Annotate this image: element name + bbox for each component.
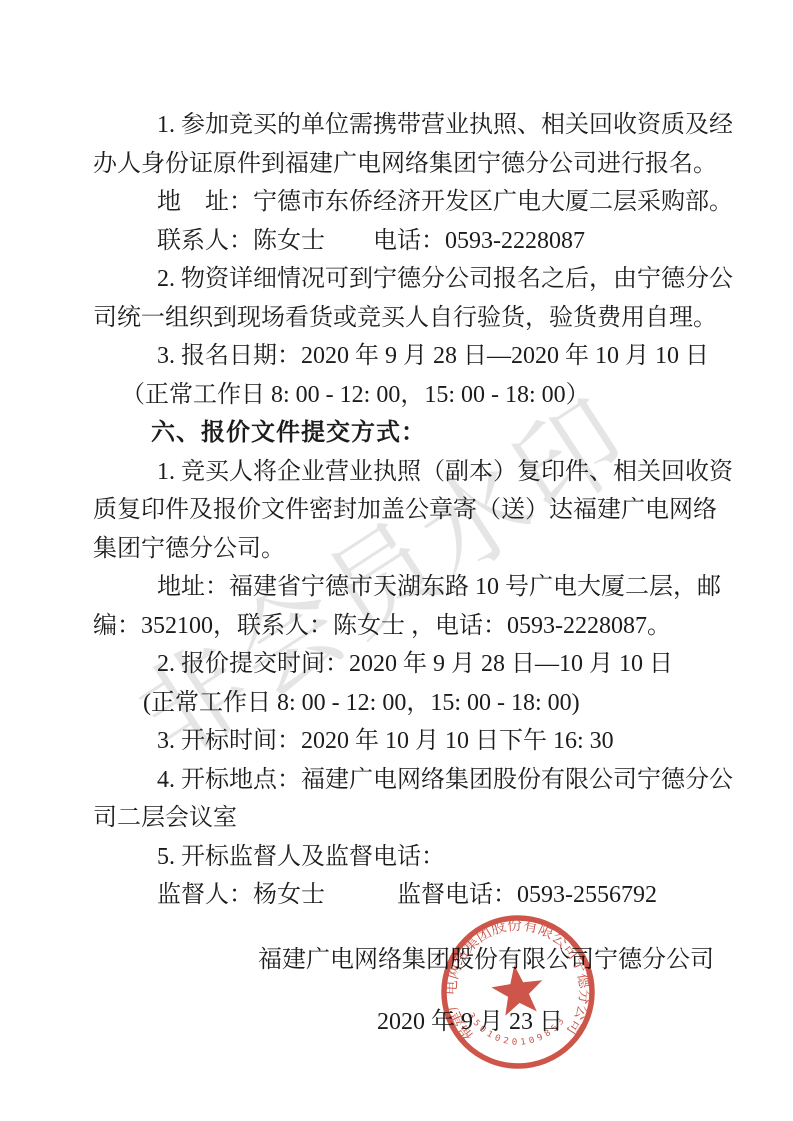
doc-line-21: 监督人：杨女士 监督电话：0593-2556792 [93, 876, 723, 915]
doc-line-12: 集团宁德分公司。 [93, 530, 723, 569]
doc-line-17: 3. 开标时间：2020 年 10 月 10 日下午 16: 30 [93, 722, 723, 761]
doc-line-18: 4. 开标地点：福建广电网络集团股份有限公司宁德分公 [93, 761, 723, 800]
doc-line-10: 1. 竞买人将企业营业执照（副本）复印件、相关回收资 [93, 453, 723, 492]
doc-line-8: （正常工作日 8: 00 - 12: 00，15: 00 - 18: 00） [93, 376, 723, 415]
doc-line-14: 编：352100，联系人：陈女士 ，电话：0593-2228087。 [93, 607, 723, 646]
document-page: 非会员水印 1. 参加竞买的单位需携带营业执照、相关回收资质及经 办人身份证原件… [0, 0, 793, 1121]
doc-line-5: 2. 物资详细情况可到宁德分公司报名之后，由宁德分公 [93, 260, 723, 299]
doc-line-19: 司二层会议室 [93, 799, 723, 838]
doc-line-3: 地 址：宁德市东侨经济开发区广电大厦二层采购部。 [93, 183, 723, 222]
official-seal: 福建广电网络集团股份有限公司宁德分公司 3501020109853 [438, 912, 598, 1072]
doc-line-7: 3. 报名日期：2020 年 9 月 28 日—2020 年 10 月 10 日 [93, 337, 723, 376]
document-body: 1. 参加竞买的单位需携带营业执照、相关回收资质及经 办人身份证原件到福建广电网… [93, 106, 723, 1042]
seal-code-text: 3501020109853 [465, 1011, 568, 1048]
doc-line-16: (正常工作日 8: 00 - 12: 00，15: 00 - 18: 00) [93, 684, 723, 723]
doc-line-13: 地址：福建省宁德市天湖东路 10 号广电大厦二层，邮 [93, 568, 723, 607]
star-icon [489, 962, 547, 1017]
doc-line-1: 1. 参加竞买的单位需携带营业执照、相关回收资质及经 [93, 106, 723, 145]
signature-company: 福建广电网络集团股份有限公司宁德分公司 [93, 941, 723, 980]
svg-text:3501020109853: 3501020109853 [465, 1011, 568, 1048]
doc-line-15: 2. 报价提交时间：2020 年 9 月 28 日—10 月 10 日 [93, 645, 723, 684]
doc-line-4: 联系人：陈女士 电话：0593-2228087 [93, 222, 723, 261]
doc-line-11: 质复印件及报价文件密封加盖公章寄（送）达福建广电网络 [93, 491, 723, 530]
doc-line-2: 办人身份证原件到福建广电网络集团宁德分公司进行报名。 [93, 145, 723, 184]
section-heading: 六、报价文件提交方式： [93, 414, 723, 453]
doc-line-20: 5. 开标监督人及监督电话： [93, 838, 723, 877]
doc-line-6: 司统一组织到现场看货或竞买人自行验货，验货费用自理。 [93, 299, 723, 338]
signature-date: 2020 年 9 月 23 日 [93, 1003, 723, 1042]
